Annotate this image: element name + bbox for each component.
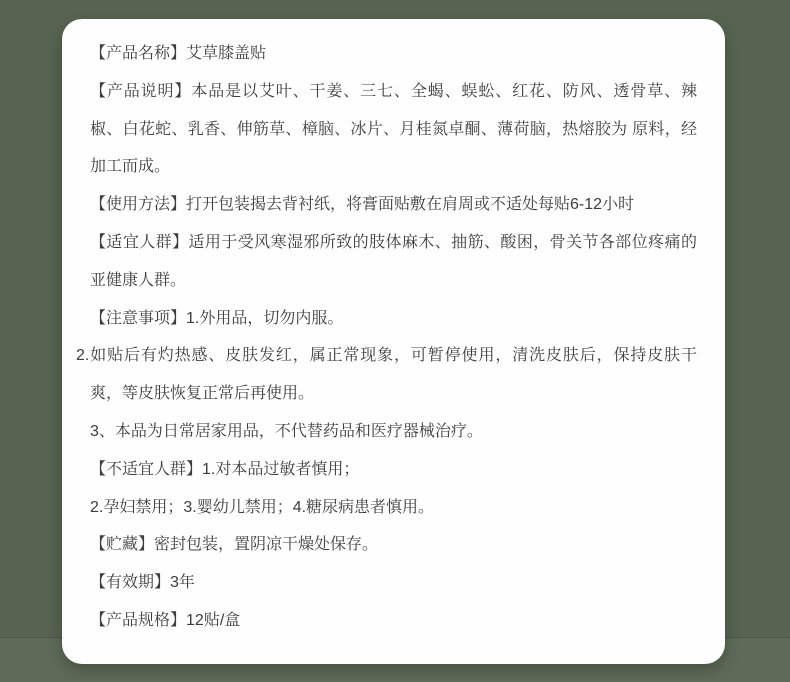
product-info-card: 【产品名称】艾草膝盖贴 【产品说明】本品是以艾叶、干姜、三七、全蝎、蜈蚣、红花、… xyxy=(62,19,725,664)
item-label: 【有效期】 xyxy=(90,574,170,591)
product-info-item-precautions: 【注意事项】1.外用品，切勿内服。 xyxy=(90,300,697,338)
item-label: 【产品名称】 xyxy=(90,45,186,62)
item-label: 【产品规格】 xyxy=(90,612,186,629)
item-text: 密封包装，置阴凉干燥处保存。 xyxy=(154,536,378,553)
item-label: 【不适宜人群】 xyxy=(90,461,202,478)
item-label: 【注意事项】 xyxy=(90,310,186,327)
item-label: 【适宜人群】 xyxy=(90,234,189,251)
item-text: 1.外用品，切勿内服。 xyxy=(186,310,343,327)
product-info-item-storage: 【贮藏】密封包装，置阴凉干燥处保存。 xyxy=(90,526,697,564)
product-info-item-description: 【产品说明】本品是以艾叶、干姜、三七、全蝎、蜈蚣、红花、防风、透骨草、辣椒、白花… xyxy=(90,73,697,186)
item-text: 12贴/盒 xyxy=(186,612,240,629)
product-info-item-specification: 【产品规格】12贴/盒 xyxy=(90,602,697,640)
item-label: 【贮藏】 xyxy=(90,536,154,553)
product-info-item-shelf-life: 【有效期】3年 xyxy=(90,564,697,602)
product-info-item-name: 【产品名称】艾草膝盖贴 xyxy=(90,35,697,73)
item-text: 3年 xyxy=(170,574,195,591)
page-background: 【产品名称】艾草膝盖贴 【产品说明】本品是以艾叶、干姜、三七、全蝎、蜈蚣、红花、… xyxy=(0,0,790,682)
item-text: 1.对本品过敏者慎用； xyxy=(202,461,359,478)
item-text: 艾草膝盖贴 xyxy=(186,45,266,62)
item-text: 2.孕妇禁用；3.婴幼儿禁用；4.糖尿病患者慎用。 xyxy=(90,499,434,516)
item-label: 【使用方法】 xyxy=(90,196,186,213)
item-text: 3、本品为日常居家用品，不代替药品和医疗器械治疗。 xyxy=(90,423,483,440)
item-text: 2.如贴后有灼热感、皮肤发红，属正常现象，可暂停使用，清洗皮肤后，保持皮肤干爽，… xyxy=(76,347,697,402)
item-text: 打开包装揭去背衬纸，将膏面贴敷在肩周或不适处每贴6-12小时 xyxy=(186,196,634,213)
product-info-item-precautions-3: 3、本品为日常居家用品，不代替药品和医疗器械治疗。 xyxy=(90,413,697,451)
product-info-item-unsuitable-people: 【不适宜人群】1.对本品过敏者慎用； xyxy=(90,451,697,489)
product-info-item-suitable-people: 【适宜人群】适用于受风寒湿邪所致的肢体麻木、抽筋、酸困，骨关节各部位疼痛的亚健康… xyxy=(90,224,697,300)
product-info-item-precautions-2: 2.如贴后有灼热感、皮肤发红，属正常现象，可暂停使用，清洗皮肤后，保持皮肤干爽，… xyxy=(90,337,697,413)
product-info-item-unsuitable-people-2: 2.孕妇禁用；3.婴幼儿禁用；4.糖尿病患者慎用。 xyxy=(90,489,697,527)
item-label: 【产品说明】 xyxy=(90,83,191,100)
product-info-item-usage: 【使用方法】打开包装揭去背衬纸，将膏面贴敷在肩周或不适处每贴6-12小时 xyxy=(90,186,697,224)
